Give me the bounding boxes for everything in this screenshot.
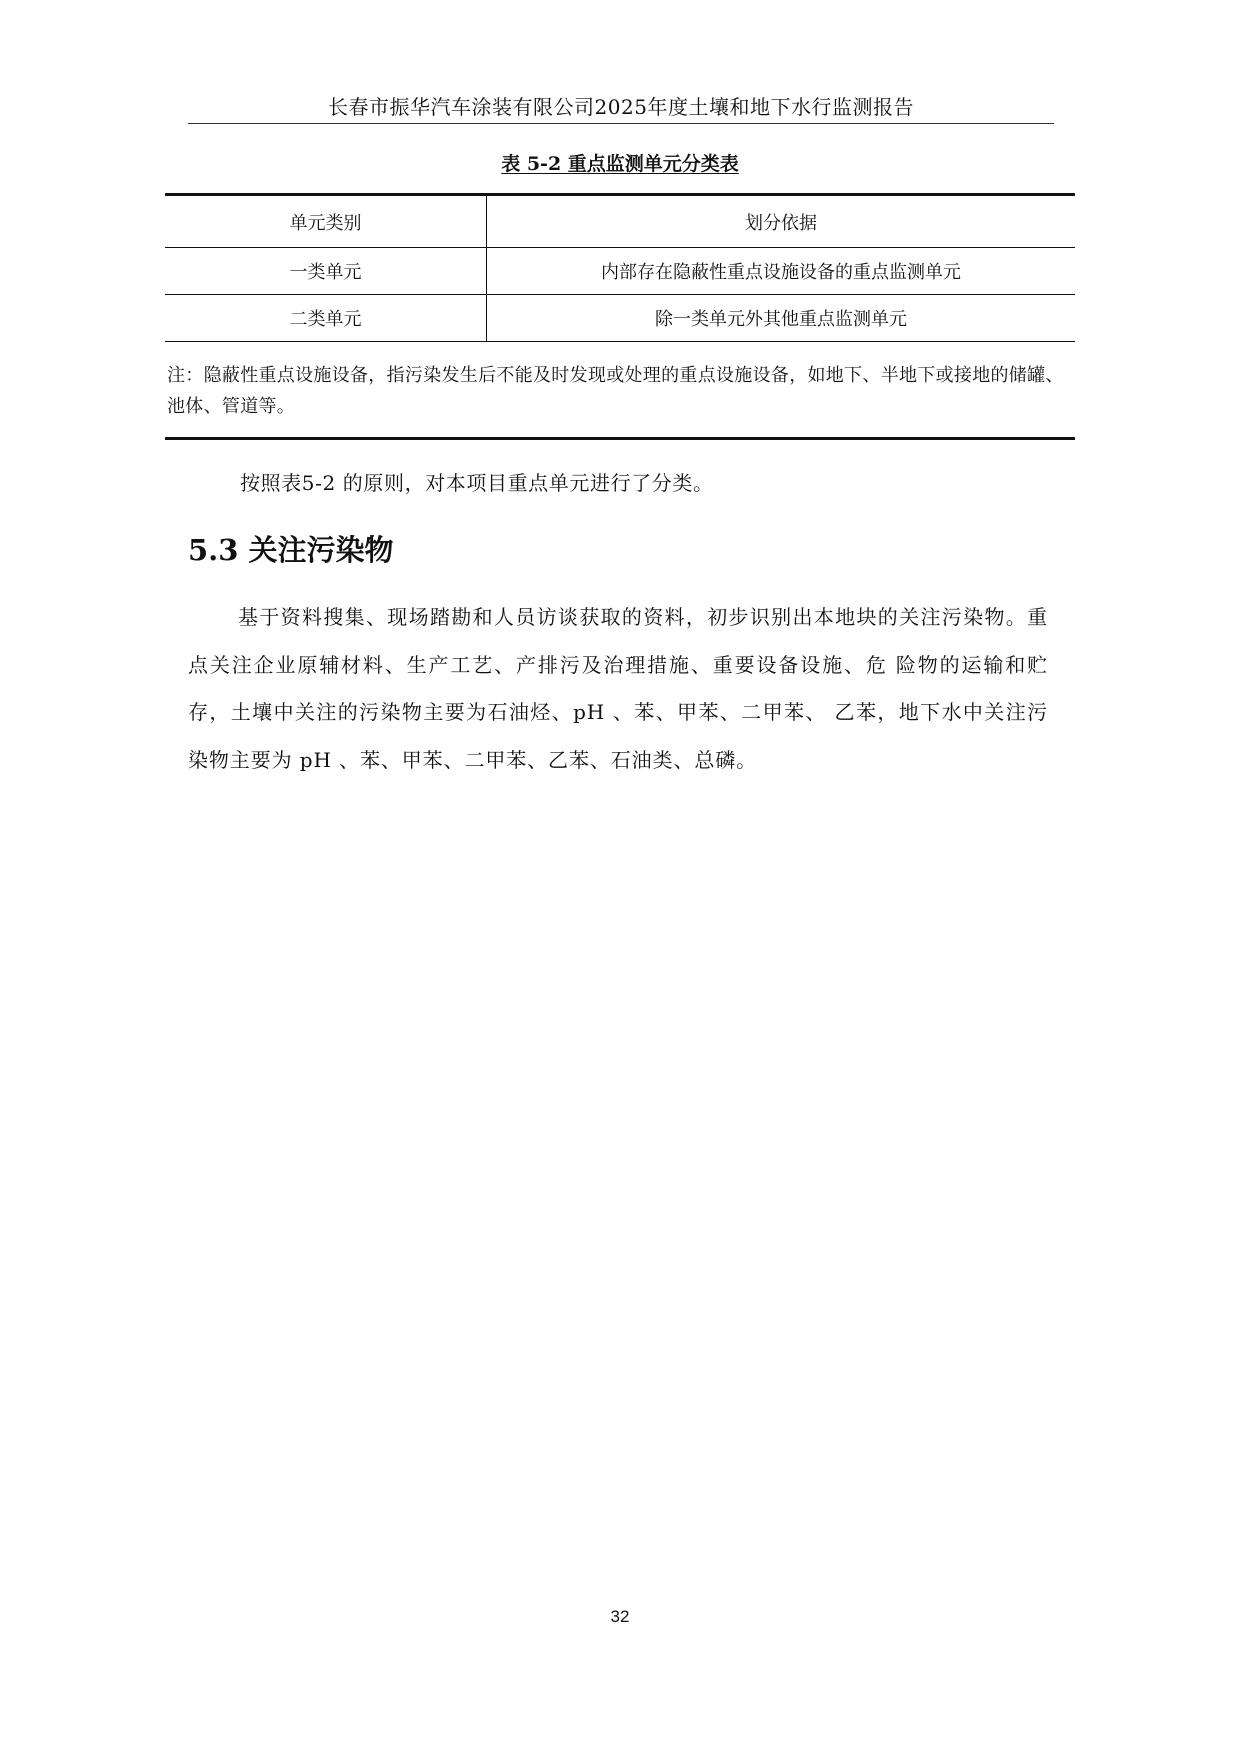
table-header-row: 单元类别 划分依据 xyxy=(165,195,1075,248)
table-row: 二类单元 除一类单元外其他重点监测单元 xyxy=(165,295,1075,342)
column-header-basis: 划分依据 xyxy=(487,195,1076,248)
unit-classification-table: 单元类别 划分依据 一类单元 内部存在隐蔽性重点设施设备的重点监测单元 二类单元… xyxy=(165,193,1075,342)
table-cell-basis: 内部存在隐蔽性重点设施设备的重点监测单元 xyxy=(487,248,1076,295)
table-cell-category: 一类单元 xyxy=(165,248,487,295)
table-cell-basis: 除一类单元外其他重点监测单元 xyxy=(487,295,1076,342)
header-divider xyxy=(188,123,1054,124)
table-note: 注：隐蔽性重点设施设备，指污染发生后不能及时发现或处理的重点设施设备，如地下、半… xyxy=(167,360,1077,422)
table-title: 表 5-2 重点监测单元分类表 xyxy=(165,151,1075,177)
intro-paragraph: 按照表5-2 的原则，对本项目重点单元进行了分类。 xyxy=(240,468,714,498)
table-cell-category: 二类单元 xyxy=(165,295,487,342)
table-row: 一类单元 内部存在隐蔽性重点设施设备的重点监测单元 xyxy=(165,248,1075,295)
table-title-text: 表 5-2 重点监测单元分类表 xyxy=(501,153,739,175)
table-bottom-rule xyxy=(165,437,1075,440)
column-header-unit-category: 单元类别 xyxy=(165,195,487,248)
section-heading: 5.3 关注污染物 xyxy=(188,530,394,570)
section-paragraph: 基于资料搜集、现场踏勘和人员访谈获取的资料，初步识别出本地块的关注污染物。重点关… xyxy=(188,594,1048,784)
page-number: 32 xyxy=(570,1607,670,1627)
running-header: 长春市振华汽车涂装有限公司2025年度土壤和地下水行监测报告 xyxy=(188,94,1054,120)
